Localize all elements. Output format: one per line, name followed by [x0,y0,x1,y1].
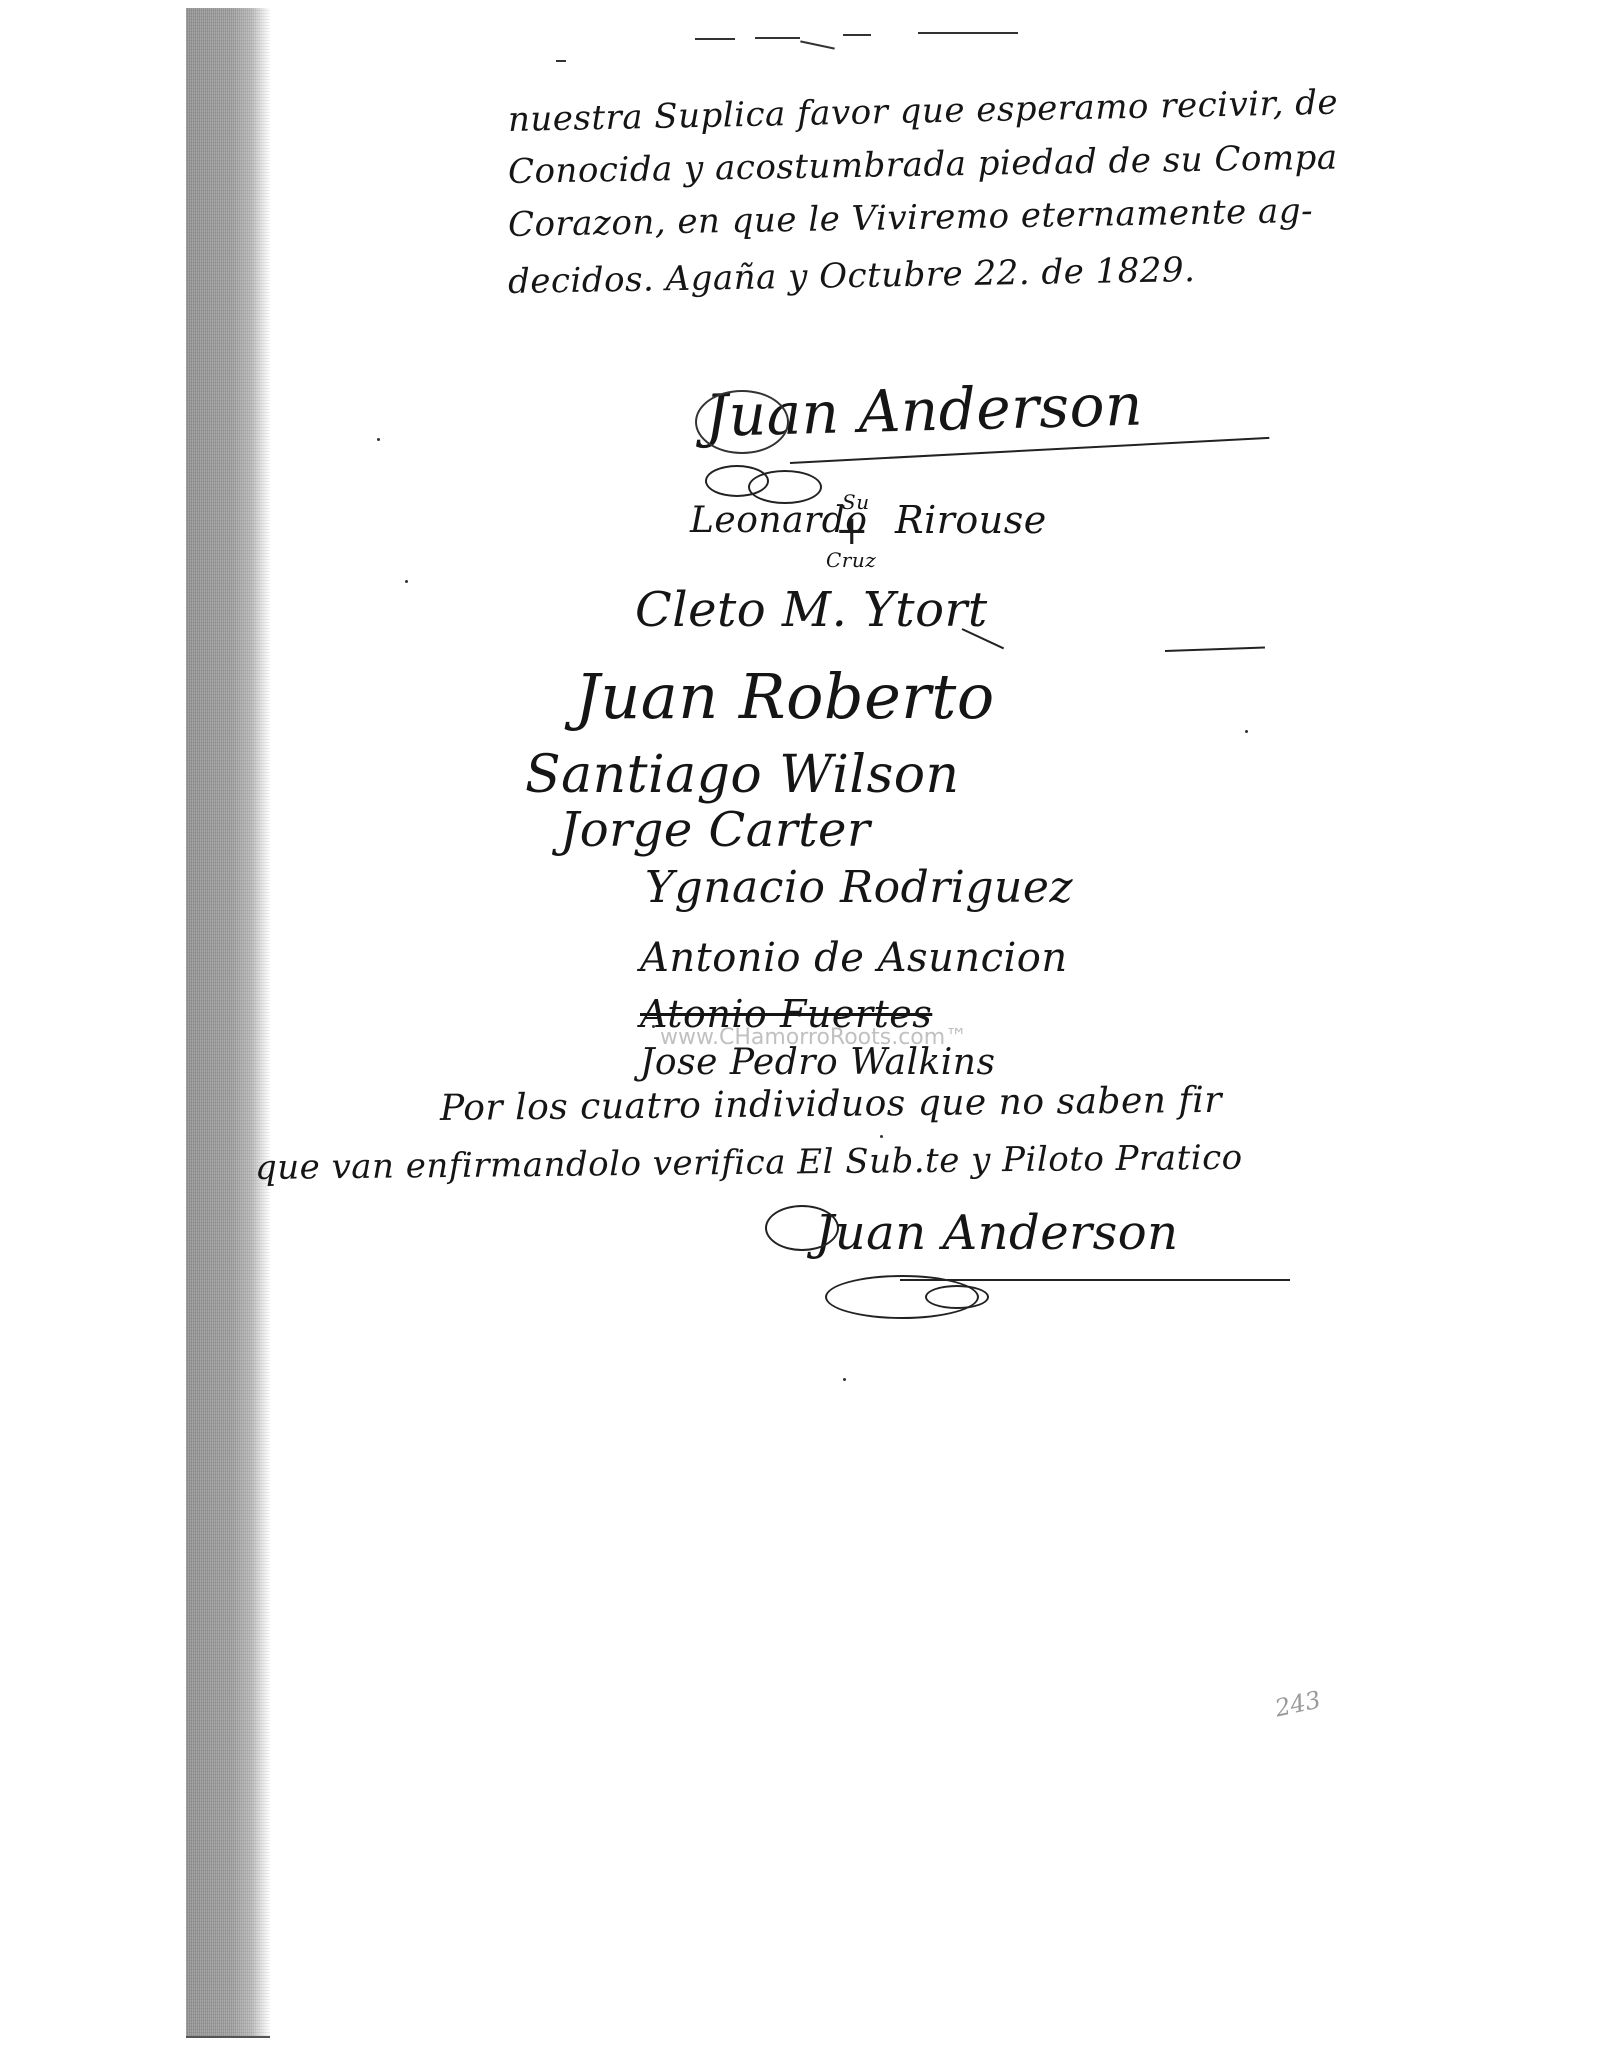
signature-ygnacio-rodriguez: Ygnacio Rodriguez [645,862,1073,913]
signature-underline [900,1279,1290,1281]
signature-flourish [925,1285,989,1309]
scanner-margin-strip [186,8,270,2038]
top-dash [800,40,835,49]
speck [652,1025,655,1028]
signature-antonio-de-asuncion: Antonio de Asuncion [640,935,1068,981]
signature-santiago-wilson: Santiago Wilson [525,745,960,805]
speck [1245,730,1248,733]
attestation-line-2: que van enfirmandolo verifica El Sub.te … [255,1138,1243,1188]
signature-rirouse: Rirouse [895,498,1047,542]
body-line-4-date: decidos. Agaña y Octubre 22. de 1829. [508,250,1196,302]
speck [377,438,380,441]
signature-flourish [765,1205,839,1251]
speck [405,580,408,583]
page-number-mark: 243 [1273,1686,1324,1723]
signature-juan-roberto: Juan Roberto [575,660,995,733]
top-dash [695,38,735,40]
top-dash [918,32,1018,34]
body-line-3: Corazon, en que le Viviremo eternamente … [508,191,1314,245]
signature-jose-pedro-walkins: Jose Pedro Walkins [640,1042,995,1083]
signature-jorge-carter: Jorge Carter [560,802,870,858]
document-page: nuestra Suplica favor que esperamo reciv… [0,0,1600,2071]
body-line-2: Conocida y acostumbrada piedad de su Com… [508,138,1338,192]
final-signature-juan-anderson: Juan Anderson [815,1205,1179,1261]
top-dash [755,37,800,39]
mark-label-cruz: Cruz [826,548,876,572]
speck [843,1378,846,1381]
top-dash [556,60,566,62]
speck [880,1135,883,1138]
signature-flourish [695,390,789,454]
top-dash [843,34,871,36]
signature-flourish [748,470,822,504]
body-line-1: nuestra Suplica favor que esperamo reciv… [508,83,1339,140]
signature-cleto-ytort: Cleto M. Ytort [635,582,988,638]
flourish-stroke [1165,647,1265,652]
attestation-line-1: Por los cuatro individuos que no saben f… [440,1080,1222,1129]
